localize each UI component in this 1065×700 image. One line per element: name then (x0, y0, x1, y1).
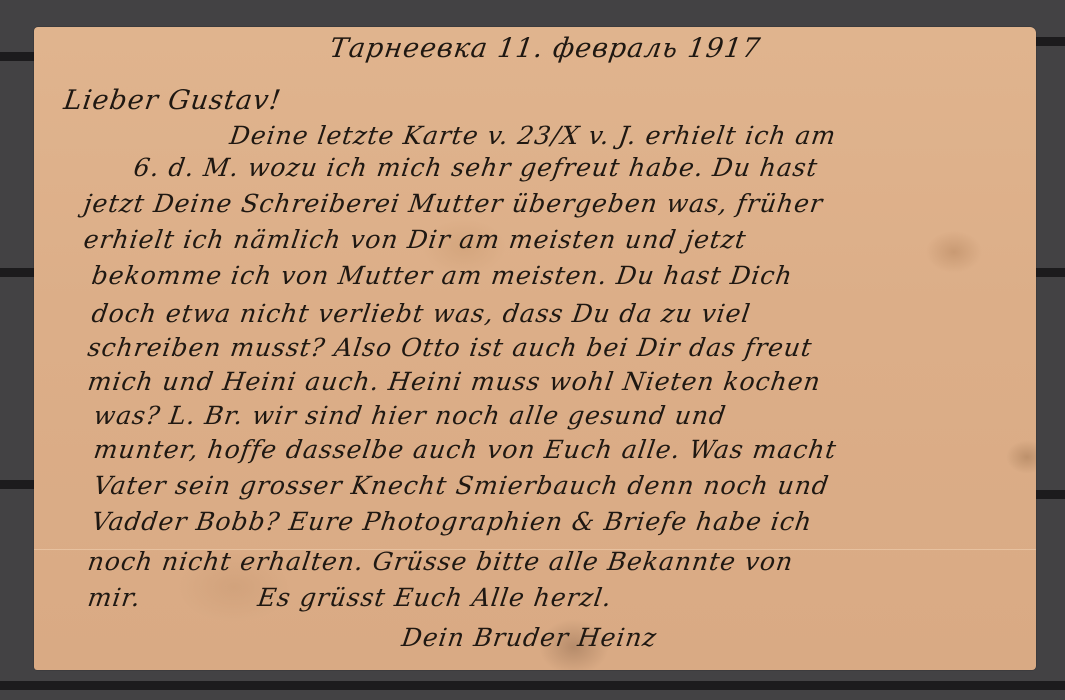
background-strip (1036, 490, 1065, 499)
postcard: Тарнеевка 11. февраль 1917 Lieber Gustav… (34, 27, 1036, 670)
body-line: munter, hoffe dasselbe auch von Euch all… (92, 435, 839, 464)
place-date: Тарнеевка 11. февраль 1917 (328, 33, 763, 64)
background-strip (1036, 37, 1065, 46)
body-line: bekomme ich von Mutter am meisten. Du ha… (90, 261, 795, 290)
salutation: Lieber Gustav! (62, 85, 284, 116)
background-strip (1036, 268, 1065, 277)
body-line: noch nicht erhalten. Grüsse bitte alle B… (86, 547, 795, 576)
body-line: erhielt ich nämlich von Dir am meisten u… (82, 225, 748, 254)
signature: Dein Bruder Heinz (400, 623, 659, 652)
background-strip (0, 681, 1065, 690)
body-line: schreiben musst? Also Otto ist auch bei … (86, 333, 814, 362)
background-strip (0, 52, 36, 61)
closing: Es grüsst Euch Alle herzl. (256, 583, 614, 612)
body-line: Vadder Bobb? Eure Photographien & Briefe… (90, 507, 814, 536)
body-line: mir. (86, 583, 143, 612)
body-line: Deine letzte Karte v. 23/X v. J. erhielt… (228, 121, 838, 150)
body-line: was? L. Br. wir sind hier noch alle gesu… (92, 401, 728, 430)
body-line: jetzt Deine Schreiberei Mutter übergeben… (82, 189, 825, 218)
body-line: doch etwa nicht verliebt was, dass Du da… (90, 299, 753, 328)
background-strip (0, 480, 36, 489)
body-line: Vater sein grosser Knecht Smierbauch den… (92, 471, 831, 500)
body-line: 6. d. M. wozu ich mich sehr gefreut habe… (132, 153, 820, 182)
background-strip (0, 268, 36, 277)
body-line: mich und Heini auch. Heini muss wohl Nie… (86, 367, 823, 396)
